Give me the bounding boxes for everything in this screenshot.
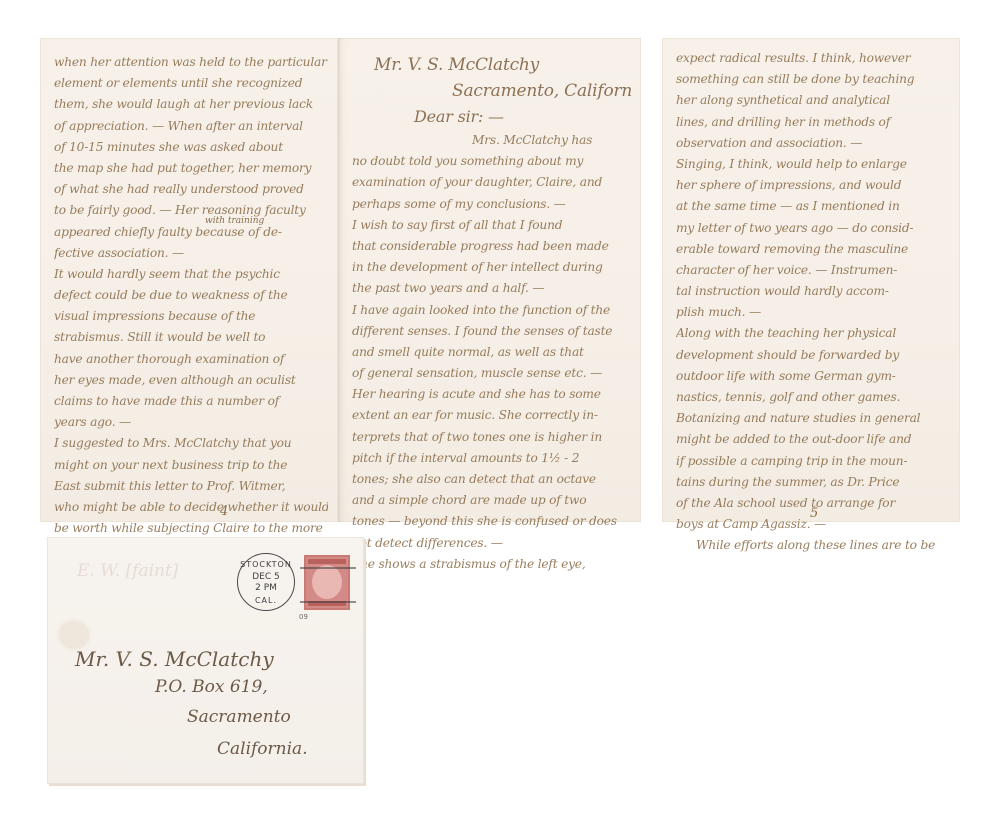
page-number: 5 bbox=[810, 506, 818, 521]
address-line-state: California. bbox=[217, 739, 308, 759]
letter-page-1: Mr. V. S. McClatchy Sacramento, Californ… bbox=[338, 38, 641, 522]
text-line: I have again looked into the function of… bbox=[352, 300, 631, 321]
text-line: erable toward removing the masculine bbox=[676, 239, 950, 260]
address-line-box: P.O. Box 619, bbox=[155, 677, 268, 697]
postmark-date: DEC 5 bbox=[238, 572, 294, 582]
page-5-text: expect radical results. I think, however… bbox=[676, 48, 950, 557]
text-line: of 10-15 minutes she was asked about bbox=[54, 137, 328, 158]
text-line: the past two years and a half. — bbox=[352, 278, 631, 299]
text-line: I wish to say first of all that I found bbox=[352, 215, 631, 236]
postmark-icon: STOCKTON DEC 5 2 PM CAL. bbox=[237, 553, 295, 611]
addressee-place: Sacramento, California. bbox=[352, 78, 631, 104]
text-line: Mrs. McClatchy has bbox=[352, 130, 631, 151]
address-line-city: Sacramento bbox=[187, 707, 291, 727]
text-line: I suggested to Mrs. McClatchy that you bbox=[54, 433, 328, 454]
text-line: different senses. I found the senses of … bbox=[352, 321, 631, 342]
text-line: strabismus. Still it would be well to bbox=[54, 327, 328, 348]
text-line: her along synthetical and analytical bbox=[676, 90, 950, 111]
text-line: While efforts along these lines are to b… bbox=[676, 535, 950, 556]
text-line: lines, and drilling her in methods of bbox=[676, 112, 950, 133]
text-line: the map she had put together, her memory bbox=[54, 158, 328, 179]
interlinear-note: with training bbox=[205, 216, 264, 226]
text-line: might on your next business trip to the bbox=[54, 455, 328, 476]
text-line: terprets that of two tones one is higher… bbox=[352, 427, 631, 448]
text-line: of appreciation. — When after an interva… bbox=[54, 116, 328, 137]
stain-mark bbox=[59, 621, 89, 649]
addressee-name: Mr. V. S. McClatchy bbox=[352, 52, 631, 78]
text-line: expect radical results. I think, however bbox=[676, 48, 950, 69]
text-line: her sphere of impressions, and would bbox=[676, 175, 950, 196]
text-line: have another thorough examination of bbox=[54, 349, 328, 370]
letter-page-4: when her attention was held to the parti… bbox=[40, 38, 338, 522]
stamp-top-band bbox=[308, 559, 346, 564]
text-line: might be added to the out-door life and bbox=[676, 429, 950, 450]
text-line: Her hearing is acute and she has to some bbox=[352, 384, 631, 405]
postmark-time: 2 PM bbox=[238, 583, 294, 593]
text-line: East submit this letter to Prof. Witmer, bbox=[54, 476, 328, 497]
text-line: tains during the summer, as Dr. Price bbox=[676, 472, 950, 493]
text-line: tones; she also can detect that an octav… bbox=[352, 469, 631, 490]
text-line: element or elements until she recognized bbox=[54, 73, 328, 94]
text-line: if possible a camping trip in the moun- bbox=[676, 451, 950, 472]
text-line: extent an ear for music. She correctly i… bbox=[352, 405, 631, 426]
text-line: nastics, tennis, golf and other games. bbox=[676, 387, 950, 408]
faint-return-writing: E. W. [faint] bbox=[77, 561, 178, 581]
text-line: something can still be done by teaching bbox=[676, 69, 950, 90]
text-line: of general sensation, muscle sense etc. … bbox=[352, 363, 631, 384]
text-line: at the same time — as I mentioned in bbox=[676, 196, 950, 217]
text-line: pitch if the interval amounts to 1½ - 2 bbox=[352, 448, 631, 469]
envelope: E. W. [faint] STOCKTON DEC 5 2 PM CAL. 0… bbox=[47, 537, 364, 784]
text-line: to be fairly good. — Her reasoning facul… bbox=[54, 200, 328, 221]
page-1-text: Mr. V. S. McClatchy Sacramento, Californ… bbox=[352, 52, 631, 575]
text-line: Along with the teaching her physical bbox=[676, 323, 950, 344]
text-line: no doubt told you something about my bbox=[352, 151, 631, 172]
text-line: and smell quite normal, as well as that bbox=[352, 342, 631, 363]
text-line: Singing, I think, would help to enlarge bbox=[676, 154, 950, 175]
text-line: tal instruction would hardly accom- bbox=[676, 281, 950, 302]
text-line: outdoor life with some German gym- bbox=[676, 366, 950, 387]
text-line: who might be able to decide whether it w… bbox=[54, 497, 328, 518]
text-line: observation and association. — bbox=[676, 133, 950, 154]
text-line: years ago. — bbox=[54, 412, 328, 433]
text-line: character of her voice. — Instrumen- bbox=[676, 260, 950, 281]
text-line: my letter of two years ago — do consid- bbox=[676, 218, 950, 239]
page-number: 4 bbox=[220, 504, 228, 519]
text-line: and a simple chord are made up of two bbox=[352, 490, 631, 511]
text-line: of what she had really understood proved bbox=[54, 179, 328, 200]
text-line: plish much. — bbox=[676, 302, 950, 323]
text-line: Botanizing and nature studies in general bbox=[676, 408, 950, 429]
text-line: development should be forwarded by bbox=[676, 345, 950, 366]
text-line: claims to have made this a number of bbox=[54, 391, 328, 412]
address-line-name: Mr. V. S. McClatchy bbox=[75, 647, 274, 671]
postage-stamp-icon bbox=[304, 555, 350, 610]
postmark-state: CAL. bbox=[238, 596, 294, 605]
text-line: perhaps some of my conclusions. — bbox=[352, 194, 631, 215]
text-line: visual impressions because of the bbox=[54, 306, 328, 327]
stamp-cancellation-lines bbox=[300, 567, 356, 603]
text-line: them, she would laugh at her previous la… bbox=[54, 94, 328, 115]
greeting: Dear sir: — bbox=[352, 104, 631, 130]
text-line: when her attention was held to the parti… bbox=[54, 52, 328, 73]
text-line: in the development of her intellect duri… bbox=[352, 257, 631, 278]
text-line: fective association. — bbox=[54, 243, 328, 264]
text-line: her eyes made, even although an oculist bbox=[54, 370, 328, 391]
text-line: examination of your daughter, Claire, an… bbox=[352, 172, 631, 193]
text-line: defect could be due to weakness of the bbox=[54, 285, 328, 306]
page-4-text: when her attention was held to the parti… bbox=[54, 52, 328, 603]
text-line: that considerable progress had been made bbox=[352, 236, 631, 257]
text-line: tones — beyond this she is confused or d… bbox=[352, 511, 631, 532]
postmark-city: STOCKTON bbox=[238, 560, 294, 569]
text-line: She shows a strabismus of the left eye, bbox=[352, 554, 631, 575]
text-line: It would hardly seem that the psychic bbox=[54, 264, 328, 285]
cancel-year: 09 bbox=[299, 613, 308, 621]
letter-page-5: expect radical results. I think, however… bbox=[662, 38, 960, 522]
text-line: not detect differences. — bbox=[352, 533, 631, 554]
text-line: appeared chiefly faulty because of de- bbox=[54, 222, 328, 243]
